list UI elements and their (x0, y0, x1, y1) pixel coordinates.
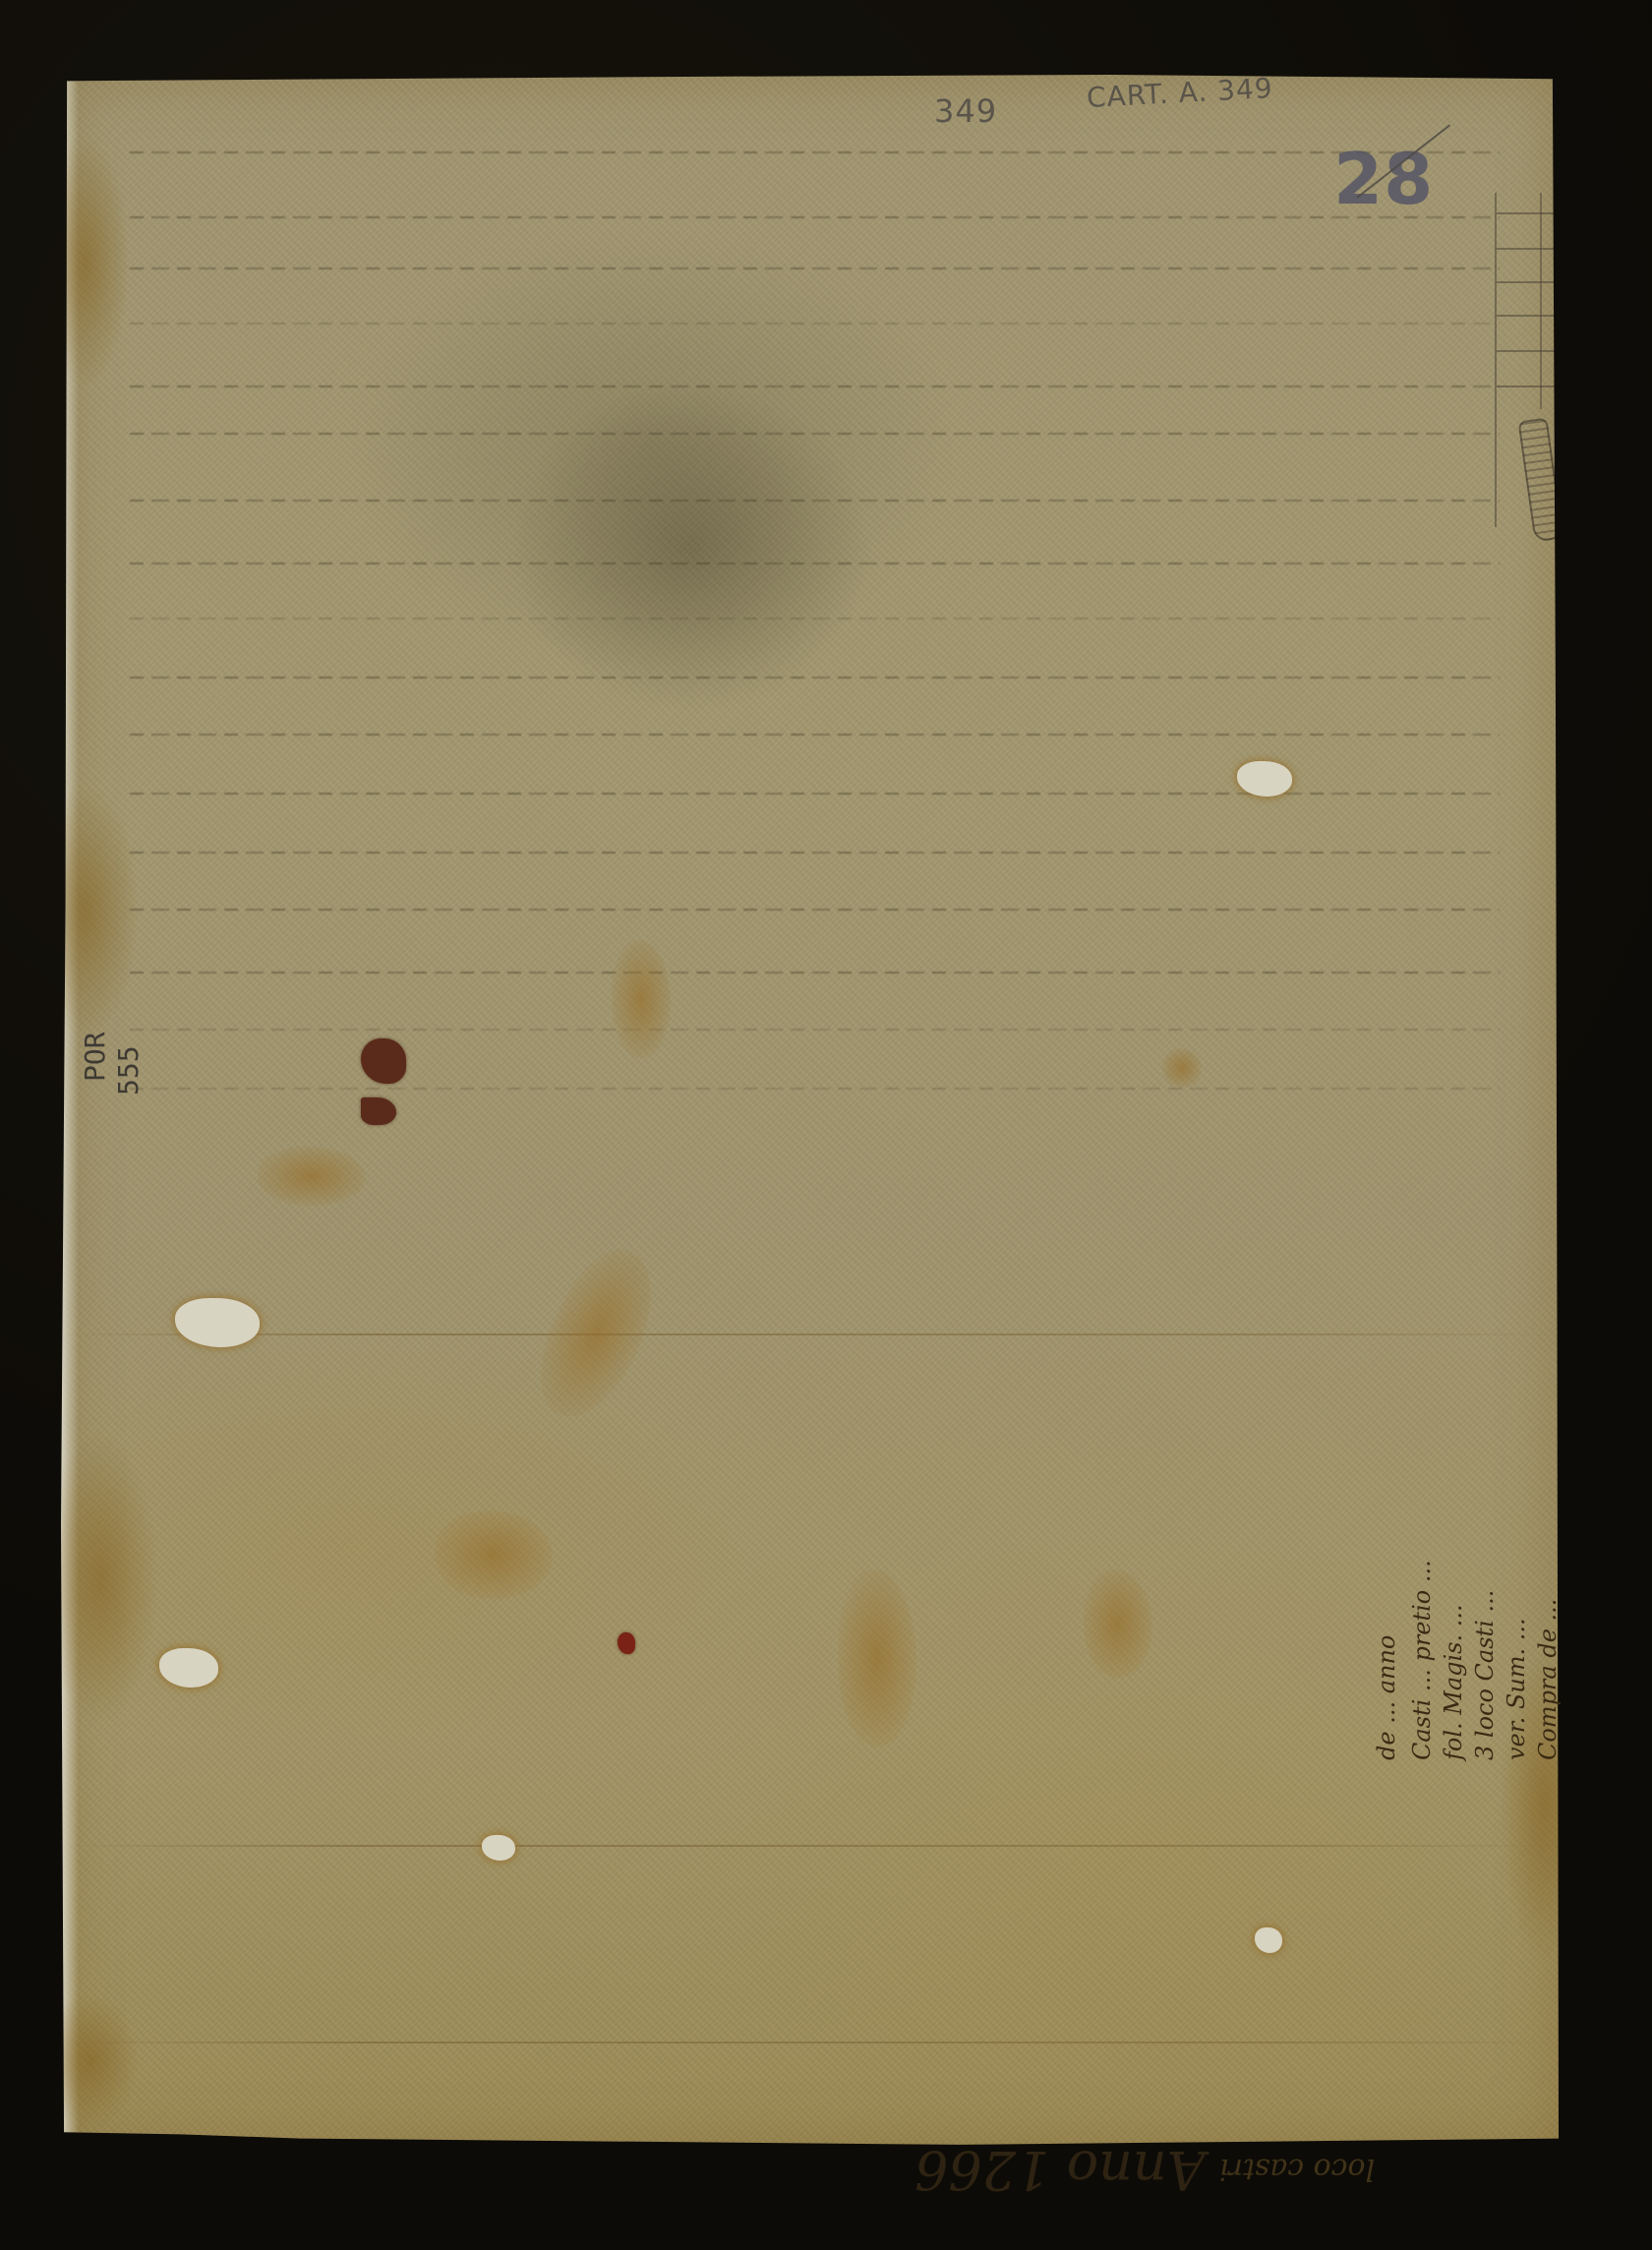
sketch-center-line (1540, 193, 1542, 409)
bottom-note: Anno 1266 (914, 2139, 1206, 2201)
water-stain (838, 1569, 916, 1747)
faded-script-line (130, 793, 1500, 795)
water-stain (1084, 1569, 1152, 1678)
archive-stamp: POR 555 (71, 993, 159, 1101)
dorsal-note: Compra de ... ver. Sum. ... 3 loco Casti… (1318, 1475, 1573, 1770)
water-stain (612, 940, 671, 1058)
faded-script-line (130, 1088, 1500, 1090)
dorsal-note-line: de ... anno (1373, 1635, 1400, 1760)
faded-script-line (130, 618, 1500, 620)
stamp-line-1: POR (79, 1032, 111, 1082)
faded-script-line (130, 972, 1500, 974)
faded-script-line (130, 323, 1500, 325)
dorsal-note-line: ver. Sum. ... (1503, 1618, 1530, 1760)
parchment-sheet (61, 75, 1559, 2147)
fold-line (61, 1333, 1559, 1335)
faded-script-line (130, 216, 1500, 218)
fold-line (61, 2042, 1559, 2043)
dorsal-note-line: fol. Magis. ... (1440, 1604, 1467, 1760)
parchment-hole (1237, 761, 1292, 797)
faded-script-line (130, 562, 1500, 564)
water-stain (258, 1147, 366, 1206)
folio-number: 349 (934, 92, 997, 130)
fold-line (61, 1845, 1559, 1847)
water-stain (1162, 1048, 1202, 1088)
faded-script-line (130, 267, 1500, 269)
bottom-location-note: loco castri (1219, 2152, 1375, 2186)
seal-wax-blot (361, 1097, 396, 1125)
water-stain (435, 1510, 553, 1599)
faded-script-line (130, 1029, 1500, 1031)
stamp-line-2: 555 (112, 1045, 145, 1095)
seal-wax-blot (361, 1038, 406, 1084)
parchment-hole (482, 1835, 515, 1861)
parchment-hole (175, 1298, 260, 1347)
faded-script-line (130, 433, 1500, 435)
location-annotation: loco castri (1219, 2152, 1375, 2186)
parchment-hole (1255, 1927, 1282, 1953)
dorsal-note-line: 3 loco Casti ... (1471, 1590, 1499, 1760)
faded-script-line (130, 734, 1500, 736)
faded-script-line (130, 677, 1500, 679)
dorsal-note-line: Compra de ... (1534, 1599, 1562, 1760)
red-ink-dot (618, 1632, 635, 1654)
dorsal-note-line: Casti ... pretio ... (1408, 1560, 1436, 1760)
faded-script-line (130, 151, 1500, 153)
faded-script-line (130, 385, 1500, 387)
faded-script-line (130, 500, 1500, 502)
year-annotation: Anno 1266 (914, 2139, 1206, 2201)
parchment-hole (159, 1648, 218, 1687)
faded-script-line (130, 852, 1500, 854)
faded-script-line (130, 909, 1500, 911)
